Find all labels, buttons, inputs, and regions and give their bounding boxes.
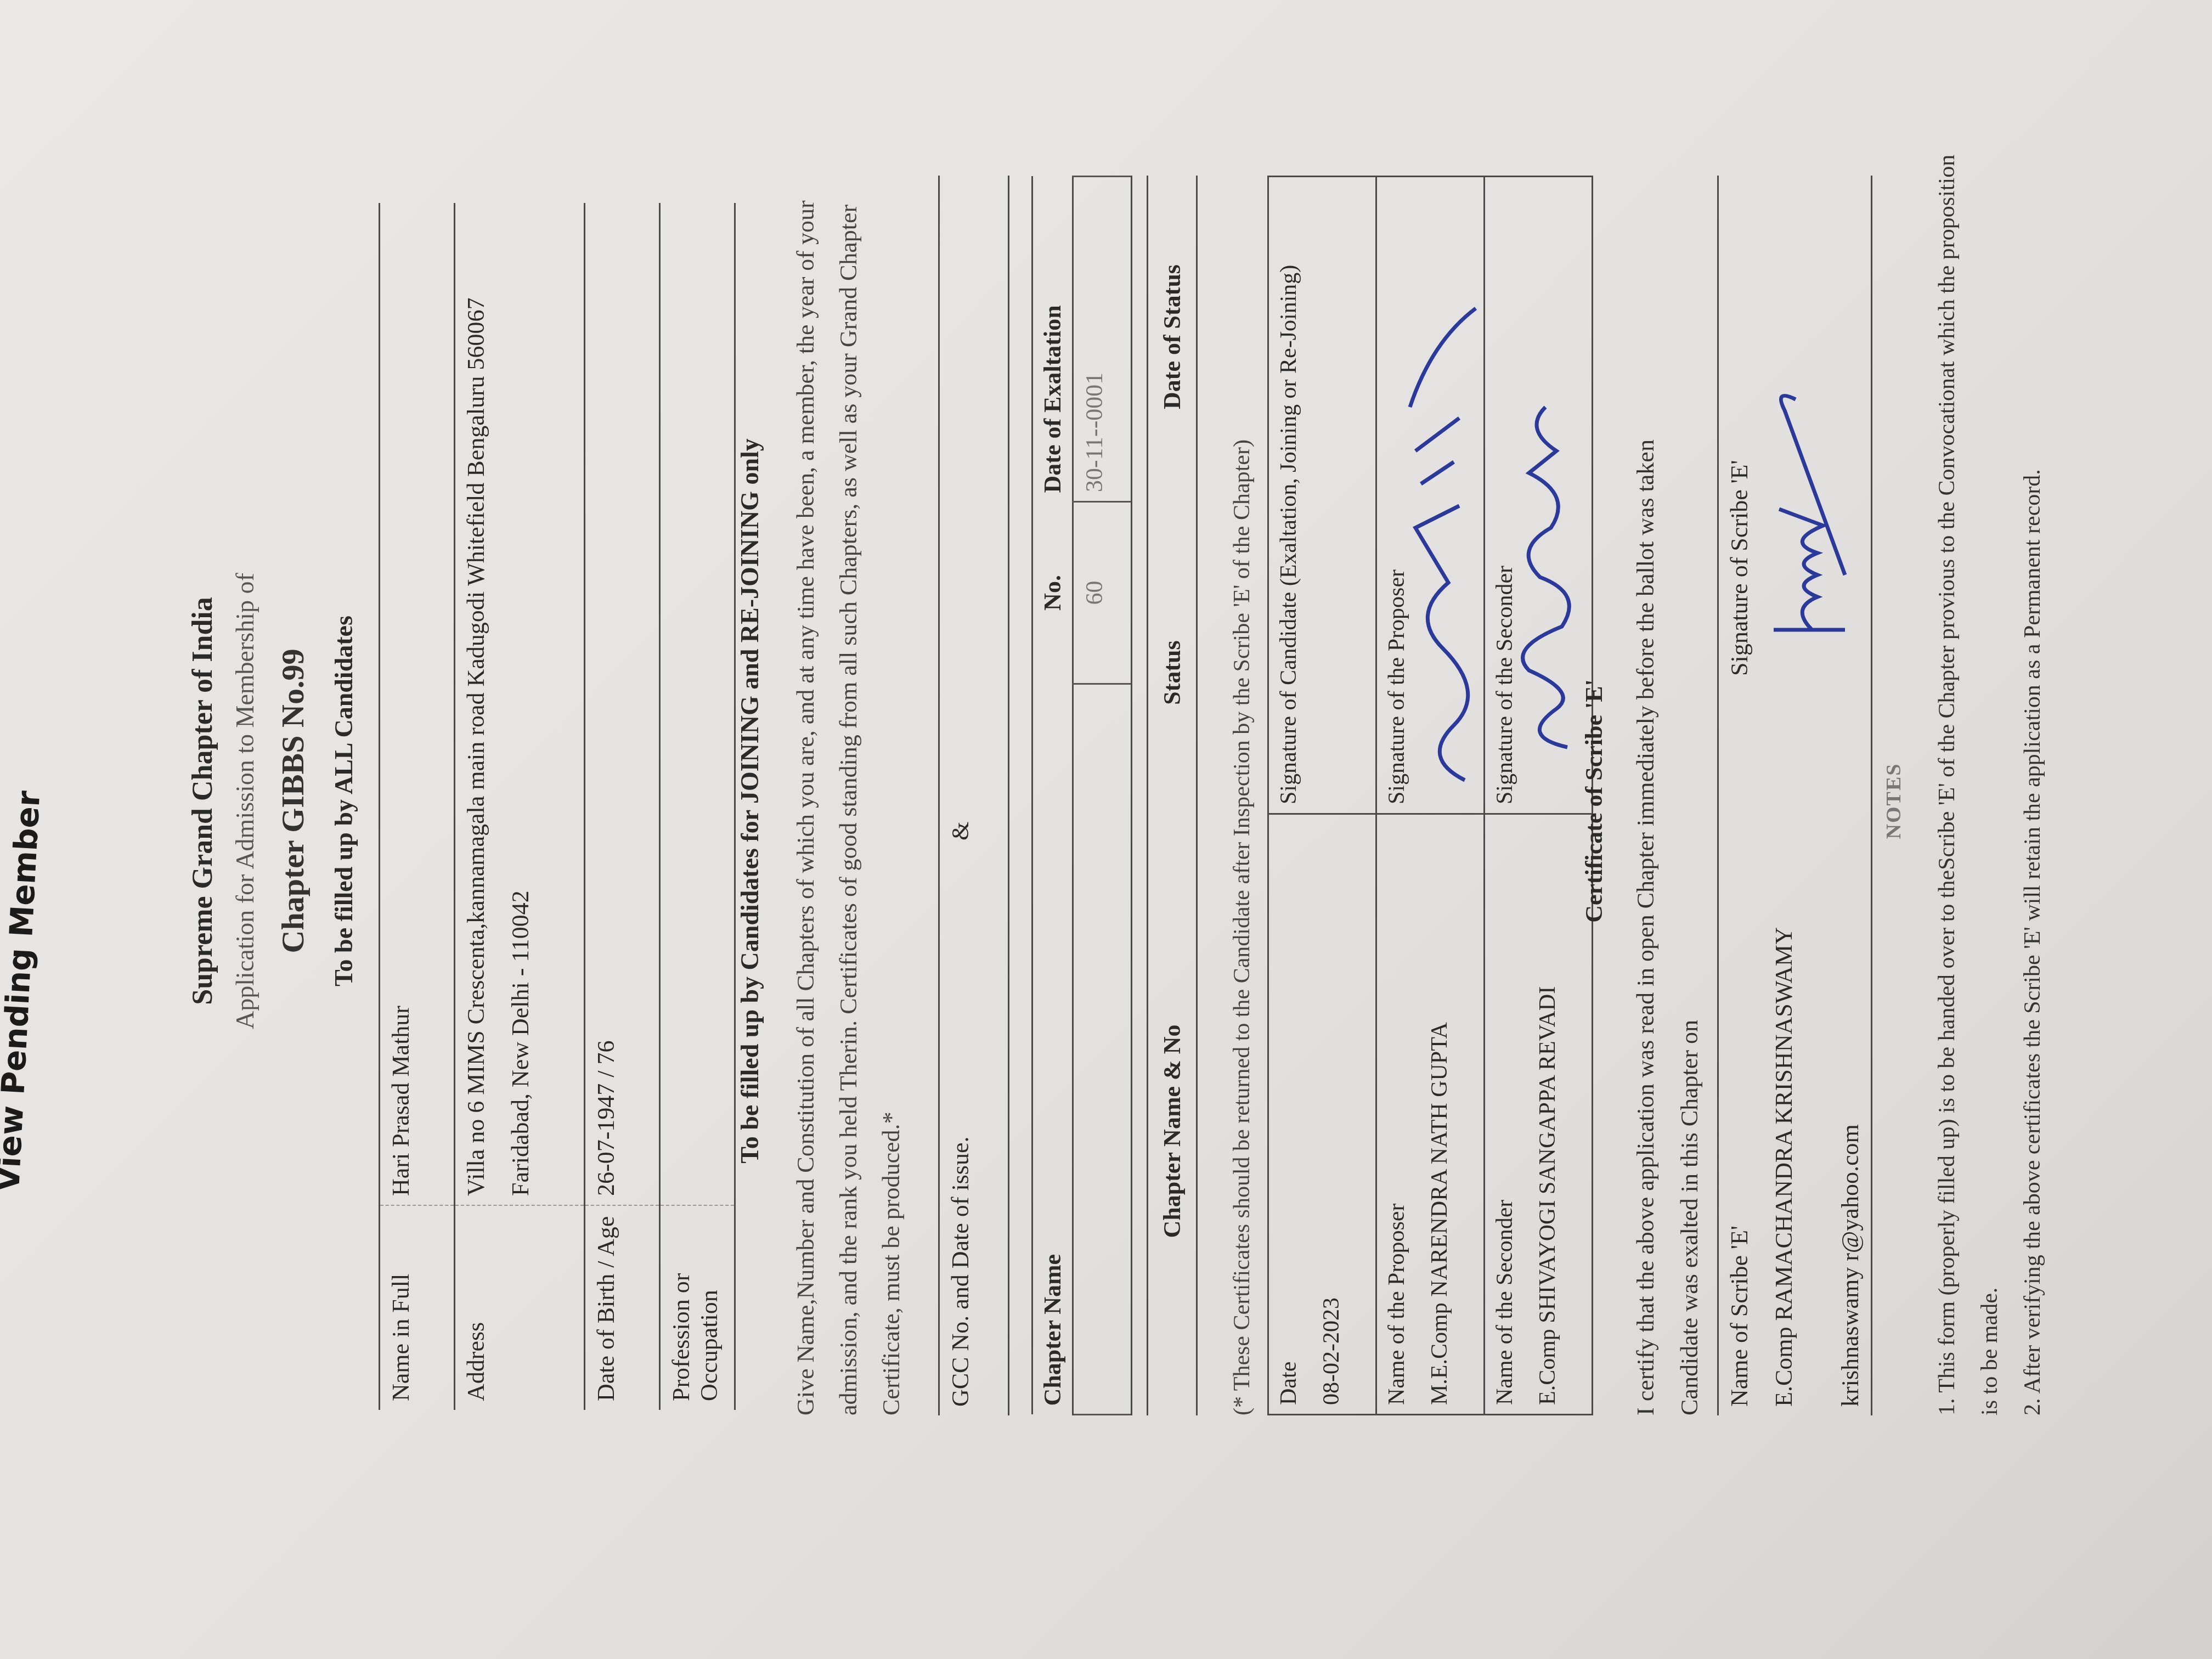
table-row: Date 08-02-2023 Signature of Candidate (… — [1268, 177, 1376, 1415]
table-row: Name of Scribe 'E' E.Comp RAMACHANDRA KR… — [1718, 176, 1872, 1415]
seconder-value: E.Comp SHIVAYOGI SANGAPPA REVADI — [1534, 823, 1561, 1405]
seconder-signature-cell: Signature of the Seconder — [1485, 177, 1593, 814]
notes-title: NOTES — [1882, 55, 1906, 1547]
candidate-signature-label: Signature of Candidate (Exaltation, Join… — [1276, 186, 1302, 804]
address-label: Address — [455, 1205, 585, 1410]
dob-value: 26-07-1947 / 76 — [585, 203, 660, 1205]
proposer-signature-icon — [1399, 297, 1487, 791]
application-form-page: View Pending Member Supreme Grand Chapte… — [5, 55, 2145, 1547]
seconder-signature-icon — [1496, 374, 1589, 758]
status-table: Chapter Name & No Status Date of Status — [1147, 176, 1198, 1415]
name-label: Name in Full — [380, 1205, 455, 1410]
col-chapter-name: Chapter Name — [1032, 684, 1073, 1415]
address-line-2: Faridabad, New Delhi - 110042 — [506, 212, 534, 1196]
scribe-signature-icon — [1763, 366, 1861, 641]
col-date-status: Date of Status — [1148, 176, 1197, 498]
name-value: Hari Prasad Mathur — [380, 203, 455, 1205]
scribe-name-label: Name of Scribe 'E' — [1725, 693, 1753, 1407]
proposer-value: M.E.Comp NARENDRA NATH GUPTA — [1426, 823, 1453, 1405]
chapter-table: Chapter Name No. Date of Exaltation 60 3… — [1031, 176, 1132, 1415]
scribe-table: Name of Scribe 'E' E.Comp RAMACHANDRA KR… — [1717, 176, 1872, 1415]
cell-date-exaltation: 30-11--0001 — [1073, 177, 1132, 502]
signatures-table: Date 08-02-2023 Signature of Candidate (… — [1267, 176, 1593, 1415]
note-item: 2. After verifying the above certificate… — [2011, 154, 2054, 1415]
scribe-email: krishnaswamy r@yahoo.com — [1836, 693, 1864, 1407]
candidate-details-table: Name in Full Hari Prasad Mathur Address … — [379, 203, 736, 1410]
gcc-value: & — [939, 176, 1009, 849]
form-subtitle: Application for Admission to Membership … — [230, 55, 259, 1547]
view-pending-member-title: View Pending Member — [0, 790, 47, 1193]
date-cell: Date 08-02-2023 — [1268, 814, 1376, 1415]
org-title: Supreme Grand Chapter of India — [187, 55, 219, 1547]
note-item: 1. This form (properly filled up) is to … — [1926, 154, 2011, 1415]
notes-list: 1. This form (properly filled up) is to … — [1926, 154, 2054, 1415]
proposer-cell: Name of the Proposer M.E.Comp NARENDRA N… — [1376, 814, 1485, 1415]
dob-label: Date of Birth / Age — [585, 1205, 660, 1410]
table-row: Profession or Occupation — [660, 203, 735, 1410]
section-all-candidates: To be filled up by ALL Candidates — [329, 55, 358, 1547]
address-line-1: Villa no 6 MIMS Crescenta,kannamagala ma… — [462, 212, 490, 1196]
profession-value — [660, 203, 735, 1205]
col-status: Status — [1148, 498, 1197, 847]
joining-instructions: Give Name,Number and Constitution of all… — [785, 181, 913, 1415]
table-row: Date of Birth / Age 26-07-1947 / 76 — [585, 203, 660, 1410]
certificates-footnote: (* These Certificates should be returned… — [1229, 439, 1255, 1415]
proposer-signature-cell: Signature of the Proposer — [1376, 177, 1485, 814]
table-row: 60 30-11--0001 — [1073, 177, 1132, 1415]
candidate-signature-cell: Signature of Candidate (Exaltation, Join… — [1268, 177, 1376, 814]
seconder-cell: Name of the Seconder E.Comp SHIVAYOGI SA… — [1485, 814, 1593, 1415]
scribe-signature-label: Signature of Scribe 'E' — [1725, 184, 1753, 676]
scribe-name-cell: Name of Scribe 'E' E.Comp RAMACHANDRA KR… — [1718, 685, 1872, 1415]
scribe-cert-line-2: Candidate was exalted in this Chapter on — [1668, 181, 1712, 1415]
scribe-signature-cell: Signature of Scribe 'E' — [1718, 176, 1872, 685]
col-chapter-name-no: Chapter Name & No — [1148, 847, 1197, 1415]
gcc-table: GCC No. and Date of issue. & — [938, 176, 1009, 1415]
chapter-title: Chapter GIBBS No.99 — [274, 55, 311, 1547]
table-row: Name in Full Hari Prasad Mathur — [380, 203, 455, 1410]
scribe-name-value: E.Comp RAMACHANDRA KRISHNASWAMY — [1770, 693, 1798, 1407]
section-joining-title: To be filled up by Candidates for JOININ… — [735, 55, 764, 1547]
date-label: Date — [1276, 823, 1302, 1405]
gcc-label: GCC No. and Date of issue. — [939, 849, 1009, 1415]
table-row: Name of the Proposer M.E.Comp NARENDRA N… — [1376, 177, 1485, 1415]
col-no: No. — [1032, 502, 1073, 684]
table-row: Name of the Seconder E.Comp SHIVAYOGI SA… — [1485, 177, 1593, 1415]
cell-no: 60 — [1073, 502, 1132, 684]
profession-label: Profession or Occupation — [660, 1205, 735, 1410]
table-row: Address Villa no 6 MIMS Crescenta,kannam… — [455, 203, 585, 1410]
scribe-certificate-text: I certify that the above application was… — [1624, 181, 1712, 1415]
cell-chapter-name — [1073, 684, 1132, 1415]
col-date-exaltation: Date of Exaltation — [1032, 177, 1073, 502]
scribe-cert-line-1: I certify that the above application was… — [1624, 181, 1668, 1415]
proposer-label: Name of the Proposer — [1384, 823, 1410, 1405]
seconder-label: Name of the Seconder — [1492, 823, 1518, 1405]
table-header-row: Chapter Name No. Date of Exaltation — [1032, 177, 1073, 1415]
scribe-certificate-title: Certificate of Scribe 'E' — [1580, 55, 1608, 1547]
date-value: 08-02-2023 — [1318, 823, 1345, 1405]
table-row: GCC No. and Date of issue. & — [939, 176, 1009, 1415]
address-value: Villa no 6 MIMS Crescenta,kannamagala ma… — [455, 203, 585, 1205]
table-header-row: Chapter Name & No Status Date of Status — [1148, 176, 1197, 1415]
